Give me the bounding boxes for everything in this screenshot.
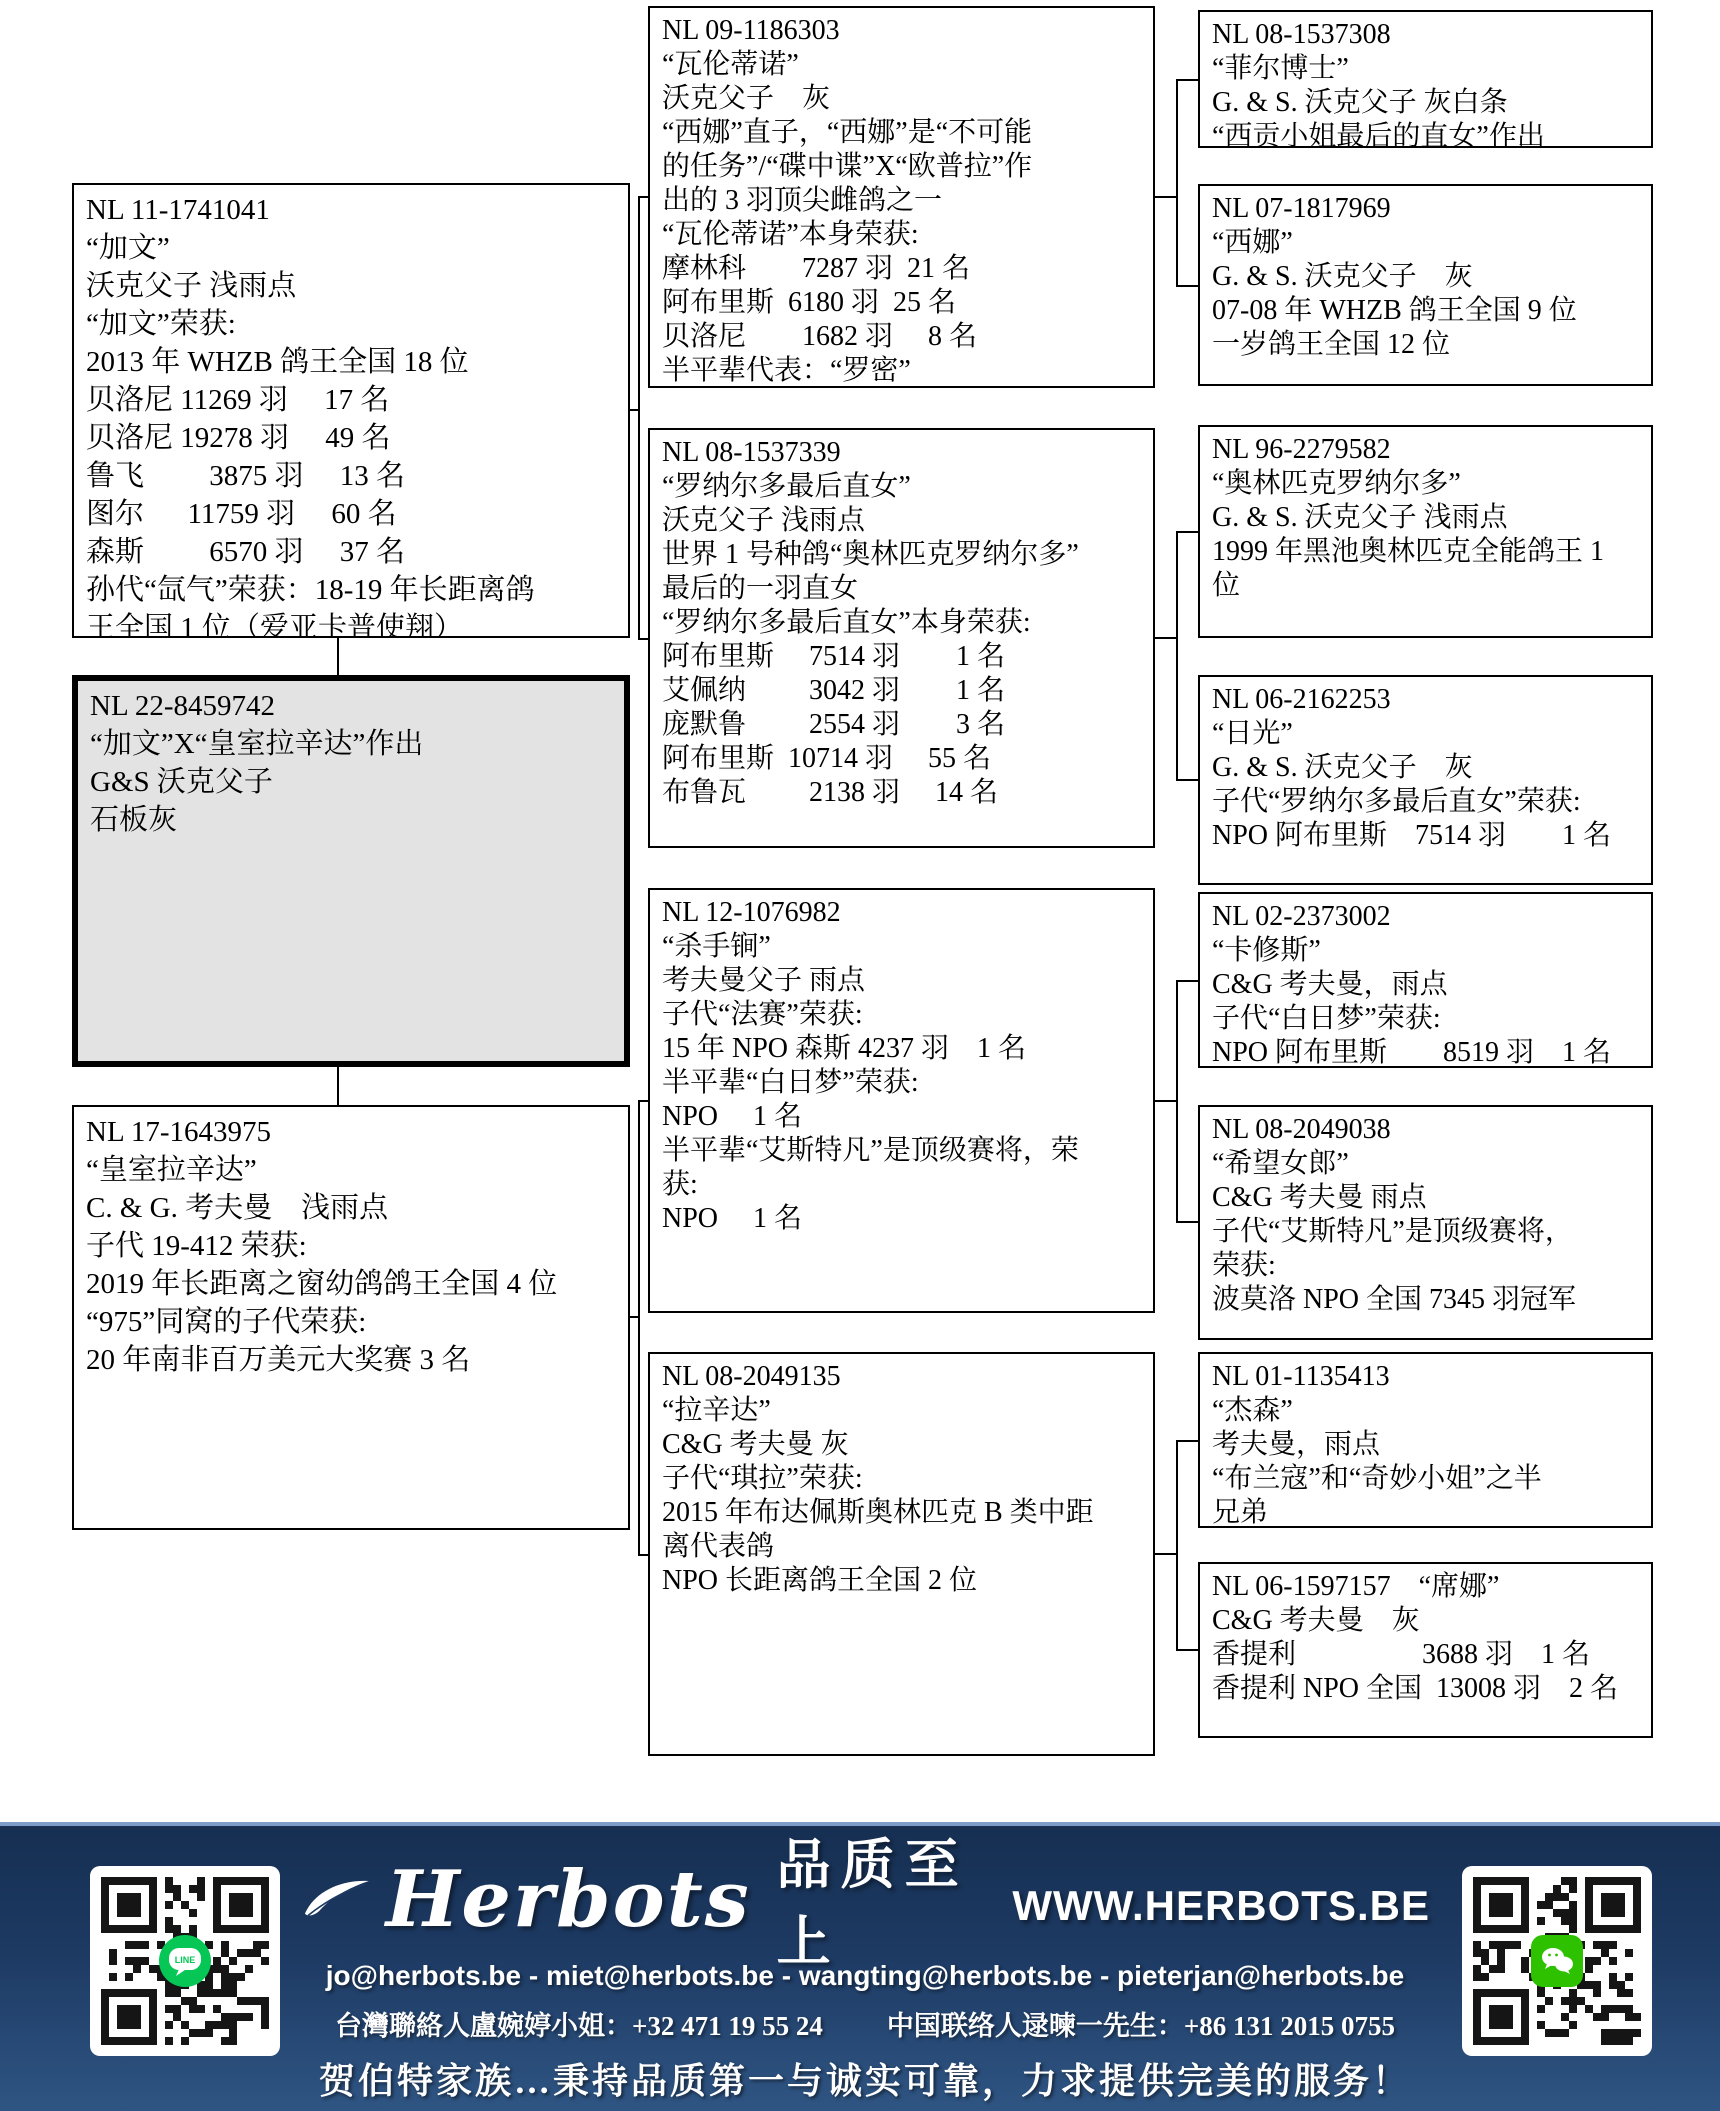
text-line: 的任务”/“碟中谍”X“欧普拉”作 <box>662 150 1143 184</box>
text-line: 王全国 1 位（爱亚卡普使翔） <box>86 609 618 638</box>
wechat-qr-code <box>1462 1866 1652 2056</box>
text-line: 石板灰 <box>90 801 614 839</box>
text-line: “日光” <box>1212 717 1641 751</box>
text-line: 半平辈“白日梦”荣获: <box>662 1066 1143 1100</box>
text-line: 阿布里斯 6180 羽 25 名 <box>662 286 1143 320</box>
text-line: 世界 1 号种鸽“奥林匹克罗纳尔多” <box>662 538 1143 572</box>
contact-taiwan: 台灣聯絡人盧婉婷小姐：+32 471 19 55 24 <box>335 2004 823 2043</box>
text-line: 沃克父子 浅雨点 <box>86 267 618 305</box>
website-link[interactable]: WWW.HERBOTS.BE <box>1012 1882 1430 1930</box>
text-line: G. & S. 沃克父子 灰 <box>1212 751 1641 785</box>
text-line: “加文”X“皇室拉辛达”作出 <box>90 725 614 763</box>
text-line: G&S 沃克父子 <box>90 763 614 801</box>
text-line: 波莫洛 NPO 全国 7345 羽冠军 <box>1212 1283 1641 1317</box>
contact-china: 中国联络人逯暕一先生：+86 131 2015 0755 <box>887 2004 1395 2043</box>
text-line: 贝洛尼 11269 羽 17 名 <box>86 381 618 419</box>
pedigree-box-grandsire-2: NL 12-1076982“杀手锏”考夫曼父子 雨点子代“法赛”荣获:15 年 … <box>648 888 1155 1313</box>
text-line: NL 01-1135413 <box>1212 1360 1641 1394</box>
text-line: “西贡小姐最后的直女”作出 <box>1212 120 1641 148</box>
text-line: 香提利 NPO 全国 13008 羽 2 名 <box>1212 1672 1641 1706</box>
text-line: 庞默鲁 2554 羽 3 名 <box>662 708 1143 742</box>
connector-line <box>638 1554 648 1556</box>
connector-line <box>638 196 648 198</box>
line-qr-code: LINE <box>90 1866 280 2056</box>
text-line: “卡修斯” <box>1212 934 1641 968</box>
connector-line <box>1155 1100 1177 1102</box>
pedigree-box-granddam-2: NL 08-2049135“拉辛达”C&G 考夫曼 灰子代“琪拉”荣获:2015… <box>648 1352 1155 1756</box>
text-line: NPO 阿布里斯 8519 羽 1 名 <box>1212 1036 1641 1068</box>
text-line: “杰森” <box>1212 1394 1641 1428</box>
text-line: C&G 考夫曼 灰 <box>662 1428 1143 1462</box>
connector-line <box>1176 79 1178 287</box>
text-line: 半平辈代表：“罗密” <box>662 354 1143 388</box>
text-line: 2015 年布达佩斯奥林匹克 B 类中距 <box>662 1496 1143 1530</box>
text-line: NL 11-1741041 <box>86 191 618 229</box>
text-line: NL 06-2162253 <box>1212 683 1641 717</box>
text-line: NPO 长距离鸽王全国 2 位 <box>662 1564 1143 1598</box>
text-line: “975”同窝的子代荣获: <box>86 1303 618 1341</box>
text-line: 离代表鸽 <box>662 1530 1143 1564</box>
connector-line <box>638 638 648 640</box>
connector-line <box>1176 1440 1198 1442</box>
text-line: “加文” <box>86 229 618 267</box>
connector-line <box>1176 1649 1198 1651</box>
text-line: NL 07-1817969 <box>1212 192 1641 226</box>
text-line: G. & S. 沃克父子 浅雨点 <box>1212 501 1641 535</box>
text-line: 子代“白日梦”荣获: <box>1212 1002 1641 1036</box>
pedigree-page: NL 11-1741041“加文”沃克父子 浅雨点“加文”荣获:2013 年 W… <box>0 0 1720 2111</box>
wechat-icon <box>1531 1935 1583 1987</box>
text-line: 摩林科 7287 羽 21 名 <box>662 252 1143 286</box>
footer-tagline: 贺伯特家族…秉持品质第一与诚实可靠，力求提供完美的服务！ <box>319 2053 1411 2104</box>
text-line: NPO 阿布里斯 7514 羽 1 名 <box>1212 819 1641 853</box>
text-line: 半平辈“艾斯特凡”是顶级赛将，荣 <box>662 1134 1143 1168</box>
text-line: NL 02-2373002 <box>1212 900 1641 934</box>
text-line: 15 年 NPO 森斯 4237 羽 1 名 <box>662 1032 1143 1066</box>
connector-line <box>1176 1221 1198 1223</box>
text-line: 出的 3 羽顶尖雌鸽之一 <box>662 184 1143 218</box>
text-line: NL 12-1076982 <box>662 896 1143 930</box>
text-line: 沃克父子 浅雨点 <box>662 504 1143 538</box>
text-line: “菲尔博士” <box>1212 52 1641 86</box>
text-line: 鲁飞 3875 羽 13 名 <box>86 457 618 495</box>
text-line: 子代“罗纳尔多最后直女”荣获: <box>1212 785 1641 819</box>
connector-line <box>1176 531 1178 781</box>
text-line: C&G 考夫曼 灰 <box>1212 1604 1641 1638</box>
text-line: 阿布里斯 7514 羽 1 名 <box>662 640 1143 674</box>
text-line: 沃克父子 灰 <box>662 82 1143 116</box>
text-line: “加文”荣获: <box>86 305 618 343</box>
text-line: 子代“法赛”荣获: <box>662 998 1143 1032</box>
text-line: 图尔 11759 羽 60 名 <box>86 495 618 533</box>
text-line: 1999 年黑池奥林匹克全能鸽王 1 <box>1212 535 1641 569</box>
text-line: 贝洛尼 1682 羽 8 名 <box>662 320 1143 354</box>
text-line: 子代 19-412 荣获: <box>86 1227 618 1265</box>
text-line: “拉辛达” <box>662 1394 1143 1428</box>
text-line: NPO 1 名 <box>662 1100 1143 1134</box>
connector-line <box>1176 779 1198 781</box>
brand-row: Herbots 品质至上 WWW.HERBOTS.BE <box>300 1844 1430 1954</box>
text-line: “罗纳尔多最后直女”本身荣获: <box>662 606 1143 640</box>
pedigree-box-ggp-7: NL 01-1135413“杰森”考夫曼，雨点“布兰寇”和“奇妙小姐”之半兄弟 <box>1198 1352 1653 1528</box>
line-icon: LINE <box>159 1935 211 1987</box>
text-line: C. & G. 考夫曼 浅雨点 <box>86 1189 618 1227</box>
text-line: 20 年南非百万美元大奖赛 3 名 <box>86 1341 618 1379</box>
text-line: 获: <box>662 1168 1143 1202</box>
text-line: NPO 1 名 <box>662 1202 1143 1236</box>
pedigree-box-subject: NL 22-8459742“加文”X“皇室拉辛达”作出G&S 沃克父子石板灰 <box>72 675 630 1067</box>
text-line: 子代“艾斯特凡”是顶级赛将， <box>1212 1215 1641 1249</box>
connector-line <box>1155 637 1177 639</box>
text-line: “奥林匹克罗纳尔多” <box>1212 467 1641 501</box>
connector-line <box>1176 1440 1178 1651</box>
connector-line <box>1176 980 1178 1223</box>
text-line: 最后的一羽直女 <box>662 572 1143 606</box>
text-line: 07-08 年 WHZB 鸽王全国 9 位 <box>1212 294 1641 328</box>
footer-banner: LINE <box>0 1822 1720 2111</box>
text-line: “西娜”直子，“西娜”是“不可能 <box>662 116 1143 150</box>
text-line: 森斯 6570 羽 37 名 <box>86 533 618 571</box>
text-line: 阿布里斯 10714 羽 55 名 <box>662 742 1143 776</box>
text-line: NL 22-8459742 <box>90 687 614 725</box>
text-line: 2013 年 WHZB 鸽王全国 18 位 <box>86 343 618 381</box>
text-line: NL 08-1537339 <box>662 436 1143 470</box>
text-line: 贝洛尼 19278 羽 49 名 <box>86 419 618 457</box>
pedigree-box-ggp-3: NL 96-2279582“奥林匹克罗纳尔多”G. & S. 沃克父子 浅雨点1… <box>1198 425 1653 638</box>
text-line: NL 09-1186303 <box>662 14 1143 48</box>
connector-line <box>1155 1553 1177 1555</box>
connector-line <box>638 197 640 640</box>
email-links[interactable]: jo@herbots.be - miet@herbots.be - wangti… <box>326 1960 1404 1992</box>
text-line: G. & S. 沃克父子 灰白条 <box>1212 86 1641 120</box>
text-line: 艾佩纳 3042 羽 1 名 <box>662 674 1143 708</box>
text-line: NL 96-2279582 <box>1212 433 1641 467</box>
text-line: 兄弟 <box>1212 1496 1641 1528</box>
text-line: 一岁鸽王全国 12 位 <box>1212 328 1641 362</box>
pedigree-box-ggp-5: NL 02-2373002“卡修斯”C&G 考夫曼，雨点子代“白日梦”荣获:NP… <box>1198 892 1653 1068</box>
brand-logo-text: Herbots <box>386 1854 751 1945</box>
connector-line <box>1155 196 1177 198</box>
footer-content: Herbots 品质至上 WWW.HERBOTS.BE jo@herbots.b… <box>300 1844 1430 2104</box>
connector-line <box>638 1100 648 1102</box>
pedigree-box-dam: NL 17-1643975“皇室拉辛达”C. & G. 考夫曼 浅雨点子代 19… <box>72 1105 630 1530</box>
text-line: C&G 考夫曼 雨点 <box>1212 1181 1641 1215</box>
feather-icon <box>300 1867 374 1931</box>
text-line: “罗纳尔多最后直女” <box>662 470 1143 504</box>
connector-line <box>638 1100 640 1556</box>
text-line: NL 08-2049038 <box>1212 1113 1641 1147</box>
text-line: NL 08-2049135 <box>662 1360 1143 1394</box>
text-line: NL 08-1537308 <box>1212 18 1641 52</box>
pedigree-box-sire: NL 11-1741041“加文”沃克父子 浅雨点“加文”荣获:2013 年 W… <box>72 183 630 638</box>
pedigree-box-granddam-1: NL 08-1537339“罗纳尔多最后直女”沃克父子 浅雨点世界 1 号种鸽“… <box>648 428 1155 848</box>
pedigree-box-ggp-1: NL 08-1537308“菲尔博士”G. & S. 沃克父子 灰白条“西贡小姐… <box>1198 10 1653 148</box>
text-line: “布兰寇”和“奇妙小姐”之半 <box>1212 1462 1641 1496</box>
pedigree-box-ggp-4: NL 06-2162253“日光”G. & S. 沃克父子 灰子代“罗纳尔多最后… <box>1198 675 1653 885</box>
text-line: 布鲁瓦 2138 羽 14 名 <box>662 776 1143 810</box>
pedigree-box-grandsire-1: NL 09-1186303“瓦伦蒂诺”沃克父子 灰“西娜”直子，“西娜”是“不可… <box>648 6 1155 388</box>
brand-slogan-cn: 品质至上 <box>777 1822 987 1976</box>
contact-row: 台灣聯絡人盧婉婷小姐：+32 471 19 55 24 中国联络人逯暕一先生：+… <box>335 2004 1395 2043</box>
connector-line <box>337 1067 339 1105</box>
pedigree-box-ggp-8: NL 06-1597157 “席娜”C&G 考夫曼 灰香提利 3688 羽 1 … <box>1198 1562 1653 1738</box>
connector-line <box>1176 531 1198 533</box>
text-line: 子代“琪拉”荣获: <box>662 1462 1143 1496</box>
text-line: 考夫曼父子 雨点 <box>662 964 1143 998</box>
text-line: 香提利 3688 羽 1 名 <box>1212 1638 1641 1672</box>
text-line: “皇室拉辛达” <box>86 1151 618 1189</box>
connector-line <box>1176 980 1198 982</box>
pedigree-box-ggp-6: NL 08-2049038“希望女郎”C&G 考夫曼 雨点子代“艾斯特凡”是顶级… <box>1198 1105 1653 1340</box>
text-line: NL 17-1643975 <box>86 1113 618 1151</box>
pedigree-box-ggp-2: NL 07-1817969“西娜”G. & S. 沃克父子 灰07-08 年 W… <box>1198 184 1653 386</box>
svg-text:LINE: LINE <box>175 1955 196 1965</box>
connector-line <box>1176 285 1198 287</box>
text-line: 位 <box>1212 569 1641 603</box>
text-line: 考夫曼，雨点 <box>1212 1428 1641 1462</box>
text-line: NL 06-1597157 “席娜” <box>1212 1570 1641 1604</box>
text-line: G. & S. 沃克父子 灰 <box>1212 260 1641 294</box>
text-line: “瓦伦蒂诺”本身荣获: <box>662 218 1143 252</box>
connector-line <box>1176 79 1198 81</box>
text-line: C&G 考夫曼，雨点 <box>1212 968 1641 1002</box>
text-line: “瓦伦蒂诺” <box>662 48 1143 82</box>
text-line: 2019 年长距离之窗幼鸽鸽王全国 4 位 <box>86 1265 618 1303</box>
text-line: 荣获: <box>1212 1249 1641 1283</box>
connector-line <box>337 638 339 675</box>
text-line: 孙代“氙气”荣获：18-19 年长距离鸽 <box>86 571 618 609</box>
text-line: “西娜” <box>1212 226 1641 260</box>
text-line: “杀手锏” <box>662 930 1143 964</box>
text-line: “希望女郎” <box>1212 1147 1641 1181</box>
